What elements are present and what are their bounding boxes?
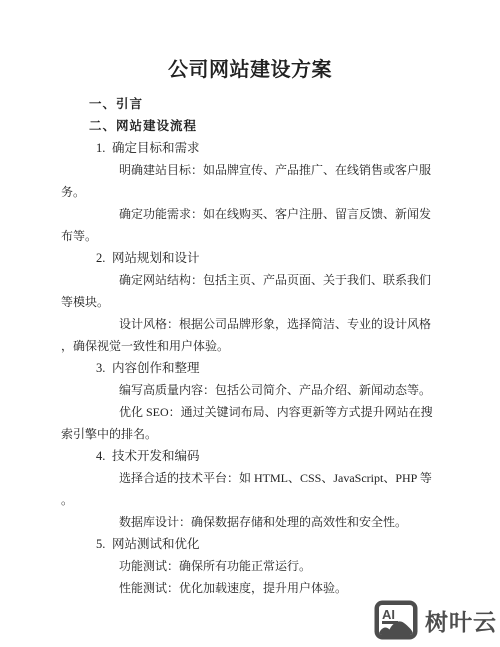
numbered-item: 3.内容创作和整理 <box>61 357 439 379</box>
numbered-item: 5.网站测试和优化 <box>61 533 439 555</box>
paragraph: 功能测试：确保所有功能正常运行。 <box>61 555 439 577</box>
paragraph: 明确建站目标：如品牌宣传、产品推广、在线销售或客户服务。 <box>61 159 439 203</box>
document-body: 一、引言二、网站建设流程1.确定目标和需求明确建站目标：如品牌宣传、产品推广、在… <box>61 93 439 599</box>
watermark: AI 树叶云 <box>374 600 497 640</box>
ai-image-logo-icon: AI <box>374 600 418 640</box>
document-title: 公司网站建设方案 <box>61 56 439 84</box>
watermark-brand-text: 树叶云 <box>425 604 497 637</box>
numbered-item: 2.网站规划和设计 <box>61 247 439 269</box>
item-number: 3. <box>96 357 112 379</box>
paragraph: 选择合适的技术平台：如 HTML、CSS、JavaScript、PHP 等。 <box>61 467 439 511</box>
paragraph: 数据库设计：确保数据存储和处理的高效性和安全性。 <box>61 511 439 533</box>
section-heading: 一、引言 <box>61 93 439 115</box>
item-label: 网站规划和设计 <box>112 251 200 265</box>
item-label: 技术开发和编码 <box>112 449 200 463</box>
item-number: 2. <box>96 247 112 269</box>
document-page: 公司网站建设方案 一、引言二、网站建设流程1.确定目标和需求明确建站目标：如品牌… <box>0 0 500 647</box>
numbered-item: 1.确定目标和需求 <box>61 137 439 159</box>
paragraph: 设计风格：根据公司品牌形象，选择简洁、专业的设计风格，确保视觉一致性和用户体验。 <box>61 313 439 357</box>
item-label: 确定目标和需求 <box>112 141 200 155</box>
paragraph: 优化 SEO：通过关键词布局、内容更新等方式提升网站在搜索引擎中的排名。 <box>61 401 439 445</box>
item-label: 网站测试和优化 <box>112 537 200 551</box>
item-number: 1. <box>96 137 112 159</box>
numbered-item: 4.技术开发和编码 <box>61 445 439 467</box>
item-number: 4. <box>96 445 112 467</box>
item-label: 内容创作和整理 <box>112 361 200 375</box>
section-heading: 二、网站建设流程 <box>61 115 439 137</box>
paragraph: 性能测试：优化加载速度，提升用户体验。 <box>61 577 439 599</box>
paragraph: 确定网站结构：包括主页、产品页面、关于我们、联系我们等模块。 <box>61 269 439 313</box>
paragraph: 编写高质量内容：包括公司简介、产品介绍、新闻动态等。 <box>61 379 439 401</box>
logo-ai-text: AI <box>382 607 395 622</box>
item-number: 5. <box>96 533 112 555</box>
paragraph: 确定功能需求：如在线购买、客户注册、留言反馈、新闻发布等。 <box>61 203 439 247</box>
